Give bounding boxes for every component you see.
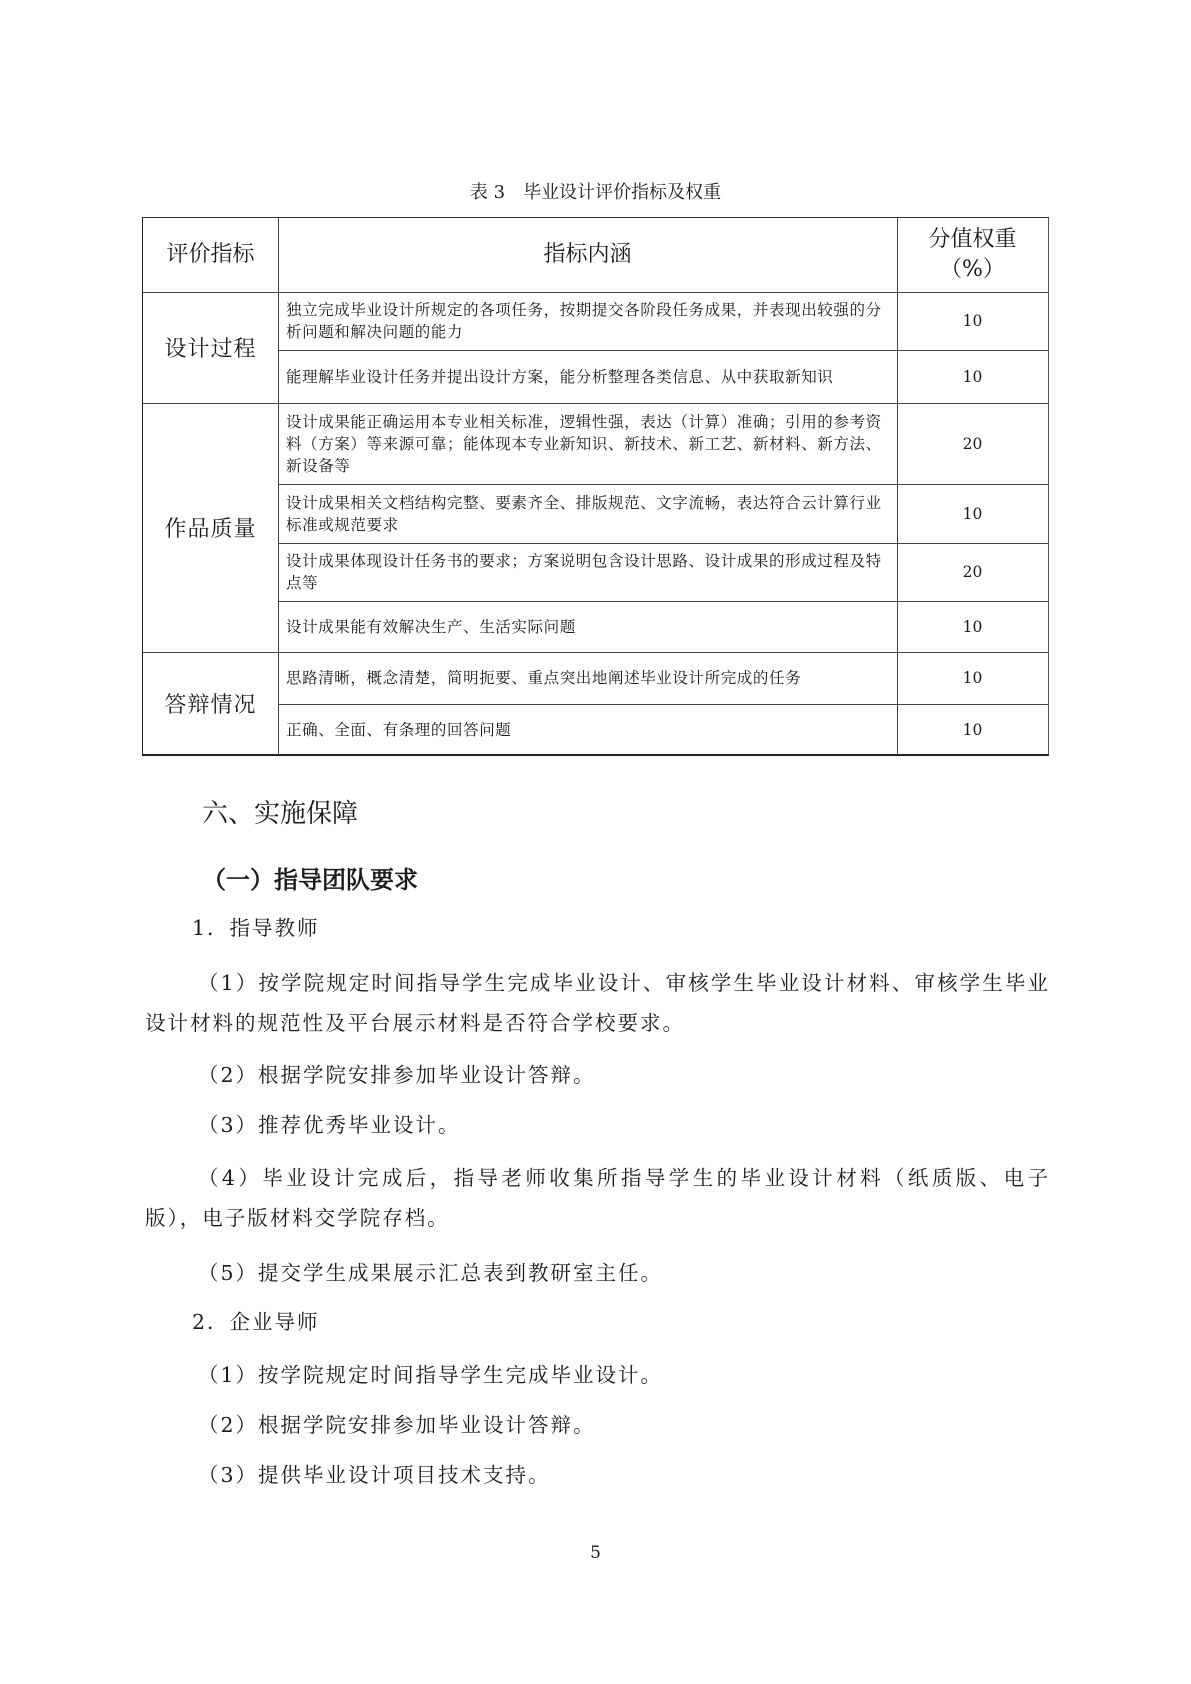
list-item: （5）提交学生成果展示汇总表到教研室主任。 <box>198 1253 663 1293</box>
table-caption-number: 表 3 <box>470 182 505 203</box>
list-item: （2）根据学院安排参加毕业设计答辩。 <box>198 1055 596 1095</box>
group-title: 2．企业导师 <box>192 1302 320 1342</box>
table-row-content: 能理解毕业设计任务并提出设计方案，能分析整理各类信息、从中获取新知识 <box>278 350 897 403</box>
page-number: 5 <box>0 1543 1191 1563</box>
content-text: 思路清晰，概念清楚，简明扼要、重点突出地阐述毕业设计所完成的任务 <box>286 667 801 689</box>
content-text: 能理解毕业设计任务并提出设计方案，能分析整理各类信息、从中获取新知识 <box>286 366 833 388</box>
table-row-content: 设计成果相关文档结构完整、要素齐全、排版规范、文字流畅，表达符合云计算行业标准或… <box>278 484 897 543</box>
content-text: 设计成果能正确运用本专业相关标准，逻辑性强，表达（计算）准确；引用的参考资料（方… <box>286 411 891 477</box>
table-row-weight: 10 <box>897 484 1048 543</box>
weight-value: 10 <box>963 721 983 739</box>
category-label: 设计过程 <box>164 332 256 363</box>
category-cell: 作品质量 <box>143 403 278 652</box>
weight-value: 10 <box>963 505 983 523</box>
subsection-heading: （一）指导团队要求 <box>202 860 418 895</box>
table-row-weight: 10 <box>897 704 1048 755</box>
weight-value: 10 <box>963 368 983 386</box>
table-row-content: 思路清晰，概念清楚，简明扼要、重点突出地阐述毕业设计所完成的任务 <box>278 652 897 704</box>
content-text: 设计成果相关文档结构完整、要素齐全、排版规范、文字流畅，表达符合云计算行业标准或… <box>286 492 891 536</box>
header-weight: 分值权重 （%） <box>897 218 1048 292</box>
header-content: 指标内涵 <box>278 218 897 292</box>
weight-value: 10 <box>963 312 983 330</box>
content-text: 设计成果体现设计任务书的要求；方案说明包含设计思路、设计成果的形成过程及特点等 <box>286 550 891 594</box>
table-row-weight: 10 <box>897 292 1048 350</box>
table-row-weight: 10 <box>897 601 1048 652</box>
list-item: （1）按学院规定时间指导学生完成毕业设计。 <box>198 1355 663 1395</box>
group-title: 1．指导教师 <box>192 908 320 948</box>
table-row-weight: 20 <box>897 403 1048 484</box>
list-item: （3）提供毕业设计项目技术支持。 <box>198 1455 551 1495</box>
table-row-content: 设计成果能有效解决生产、生活实际问题 <box>278 601 897 652</box>
list-item: （3）推荐优秀毕业设计。 <box>198 1105 461 1145</box>
table-row-content: 设计成果体现设计任务书的要求；方案说明包含设计思路、设计成果的形成过程及特点等 <box>278 543 897 601</box>
header-weight-label: 分值权重 <box>928 225 1016 255</box>
content-text: 独立完成毕业设计所规定的各项任务，按期提交各阶段任务成果，并表现出较强的分析问题… <box>286 299 891 343</box>
header-weight-unit: （%） <box>940 255 1005 285</box>
list-item: （1）按学院规定时间指导学生完成毕业设计、审核学生毕业设计材料、审核学生毕业设计… <box>145 963 1050 1043</box>
evaluation-table: 评价指标 指标内涵 分值权重 （%） 设计过程 独立完成毕业设计所规定的各项任务… <box>142 217 1049 756</box>
category-cell: 设计过程 <box>143 292 278 403</box>
table-caption: 表 3毕业设计评价指标及权重 <box>0 180 1191 206</box>
table-caption-title: 毕业设计评价指标及权重 <box>523 182 721 203</box>
header-indicator-label: 评价指标 <box>166 240 254 270</box>
table-row-weight: 10 <box>897 350 1048 403</box>
weight-value: 10 <box>963 618 983 636</box>
table-row-weight: 10 <box>897 652 1048 704</box>
header-indicator: 评价指标 <box>143 218 278 292</box>
table-row-content: 正确、全面、有条理的回答问题 <box>278 704 897 755</box>
category-label: 答辩情况 <box>164 688 256 719</box>
list-item: （4）毕业设计完成后，指导老师收集所指导学生的毕业设计材料（纸质版、电子版），电… <box>145 1158 1050 1238</box>
weight-value: 20 <box>963 435 983 453</box>
section-heading: 六、实施保障 <box>202 793 358 830</box>
weight-value: 20 <box>963 563 983 581</box>
weight-value: 10 <box>963 669 983 687</box>
category-label: 作品质量 <box>164 512 256 543</box>
table-row-content: 独立完成毕业设计所规定的各项任务，按期提交各阶段任务成果，并表现出较强的分析问题… <box>278 292 897 350</box>
table-row-weight: 20 <box>897 543 1048 601</box>
category-cell: 答辩情况 <box>143 652 278 755</box>
content-text: 正确、全面、有条理的回答问题 <box>286 719 511 741</box>
list-item: （2）根据学院安排参加毕业设计答辩。 <box>198 1405 596 1445</box>
content-text: 设计成果能有效解决生产、生活实际问题 <box>286 616 576 638</box>
table-row-content: 设计成果能正确运用本专业相关标准，逻辑性强，表达（计算）准确；引用的参考资料（方… <box>278 403 897 484</box>
header-content-label: 指标内涵 <box>543 240 631 270</box>
